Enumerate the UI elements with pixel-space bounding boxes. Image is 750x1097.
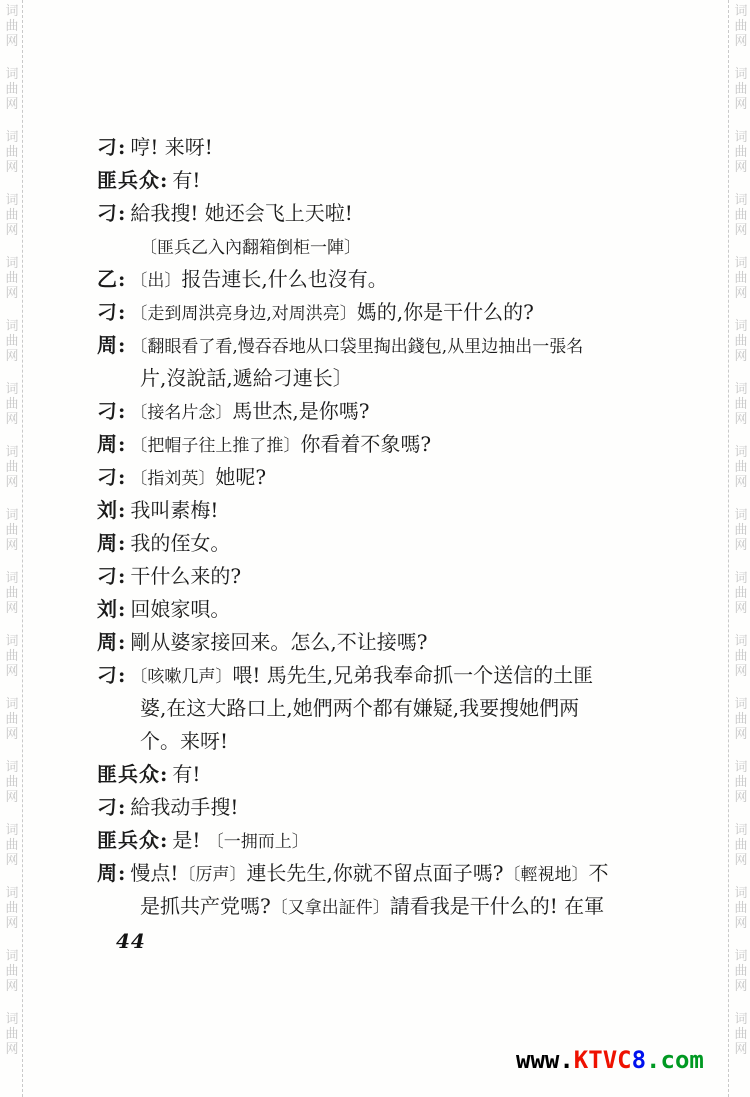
dialogue-text: 給我动手搜! xyxy=(130,795,238,819)
side-watermark-char: 词 xyxy=(733,256,749,271)
script-line: 刘:我叫素梅! xyxy=(97,494,645,527)
spoken-text: 她呢? xyxy=(215,465,266,489)
spoken-text: 有! xyxy=(172,762,200,786)
side-watermark-char: 网 xyxy=(4,475,20,490)
stage-direction: 〔翻眼看了看,慢吞吞地从口袋里掏出錢包,从里边抽出一張名 xyxy=(130,337,583,357)
side-watermark-char: 词 xyxy=(4,571,20,586)
side-watermark-char: 曲 xyxy=(4,649,20,664)
side-watermark-char: 曲 xyxy=(4,775,20,790)
spoken-text: 馬世杰,是你嗎? xyxy=(232,399,369,423)
spoken-text: 干什么来的? xyxy=(130,564,241,588)
side-watermark-char: 网 xyxy=(4,916,20,931)
side-watermark-char: 词 xyxy=(733,130,749,145)
side-watermark-char: 词 xyxy=(4,67,20,82)
speaker-label: 周: xyxy=(97,861,126,885)
side-watermark-char: 网 xyxy=(4,97,20,112)
spoken-text: 你看着不象嗎? xyxy=(300,432,431,456)
side-watermark-char: 网 xyxy=(733,664,749,679)
side-watermark-char: 曲 xyxy=(4,271,20,286)
dialogue-text: 是! 〔一拥而上〕 xyxy=(172,828,308,852)
script-line: 周:〔翻眼看了看,慢吞吞地从口袋里掏出錢包,从里边抽出一張名 xyxy=(97,329,645,362)
speaker-label: 周: xyxy=(97,531,126,555)
side-watermark-char: 曲 xyxy=(733,397,749,412)
side-watermark-group: 词曲网 xyxy=(4,4,20,49)
side-watermark-char: 网 xyxy=(733,790,749,805)
side-watermark-char: 词 xyxy=(4,1012,20,1027)
side-watermark-group: 词曲网 xyxy=(4,634,20,679)
side-watermark-char: 曲 xyxy=(733,208,749,223)
side-watermark-char: 词 xyxy=(4,319,20,334)
spoken-text: 給我搜! 她还会飞上天啦! xyxy=(130,201,352,225)
side-watermark-char: 网 xyxy=(733,349,749,364)
dialogue-text: 有! xyxy=(172,762,200,786)
stage-direction: 〔走到周洪亮身边,对周洪亮〕 xyxy=(130,304,356,324)
side-watermark-char: 曲 xyxy=(733,649,749,664)
side-watermark-char: 词 xyxy=(4,4,20,19)
side-watermark-group: 词曲网 xyxy=(4,508,20,553)
left-dashed-rule xyxy=(22,0,23,1097)
side-watermark-char: 曲 xyxy=(733,838,749,853)
side-watermark-group: 词曲网 xyxy=(733,949,749,994)
side-watermark-group: 词曲网 xyxy=(4,760,20,805)
side-watermark-char: 网 xyxy=(4,727,20,742)
speaker-label: 刁: xyxy=(97,564,126,588)
side-watermark-char: 网 xyxy=(733,1042,749,1057)
side-watermark-char: 曲 xyxy=(4,838,20,853)
stage-direction: 〔出〕 xyxy=(130,271,181,291)
speaker-label: 刘: xyxy=(97,597,126,621)
side-watermark-char: 网 xyxy=(4,160,20,175)
side-watermark-group: 词曲网 xyxy=(733,382,749,427)
spoken-text: 个。来呀! xyxy=(140,729,228,753)
side-watermark-char: 词 xyxy=(4,508,20,523)
side-watermark-char: 网 xyxy=(4,601,20,616)
side-watermark-group: 词曲网 xyxy=(733,571,749,616)
side-watermark-group: 词曲网 xyxy=(733,193,749,238)
script-line: 刁:〔接名片念〕馬世杰,是你嗎? xyxy=(97,395,645,428)
side-watermark-char: 曲 xyxy=(4,964,20,979)
side-watermark-char: 网 xyxy=(733,286,749,301)
side-watermark-char: 词 xyxy=(4,382,20,397)
dialogue-text: 剛从婆家接回来。怎么,不让接嗎? xyxy=(130,630,427,654)
dialogue-text: 片,沒說話,遞給刁連长〕 xyxy=(140,366,353,390)
side-watermark-char: 词 xyxy=(733,445,749,460)
script-line: 周:〔把帽子往上推了推〕你看着不象嗎? xyxy=(97,428,645,461)
dialogue-text: 〔把帽子往上推了推〕你看着不象嗎? xyxy=(130,432,431,456)
side-watermark-group: 词曲网 xyxy=(733,256,749,301)
speaker-label: 刁: xyxy=(97,663,126,687)
side-watermark-group: 词曲网 xyxy=(733,319,749,364)
speaker-label: 刁: xyxy=(97,201,126,225)
side-watermark-char: 词 xyxy=(733,697,749,712)
spoken-text: 剛从婆家接回来。怎么,不让接嗎? xyxy=(130,630,427,654)
side-watermark-char: 曲 xyxy=(733,460,749,475)
side-watermark-char: 网 xyxy=(4,538,20,553)
speaker-label: 刁: xyxy=(97,399,126,423)
spoken-text: 我的侄女。 xyxy=(130,531,230,555)
side-watermark-char: 曲 xyxy=(733,712,749,727)
dialogue-text: 是抓共产党嗎?〔又拿出証件〕請看我是干什么的! 在軍 xyxy=(140,894,604,918)
script-line-continuation: 是抓共产党嗎?〔又拿出証件〕請看我是干什么的! 在軍 xyxy=(97,890,645,923)
side-watermark-char: 曲 xyxy=(733,523,749,538)
side-watermark-char: 网 xyxy=(733,97,749,112)
side-watermark-char: 网 xyxy=(733,727,749,742)
script-line-continuation: 个。来呀! xyxy=(97,725,645,758)
side-watermark-char: 曲 xyxy=(733,19,749,34)
dialogue-text: 我叫素梅! xyxy=(130,498,218,522)
side-watermark-group: 词曲网 xyxy=(4,949,20,994)
script-line: 刁:給我动手搜! xyxy=(97,791,645,824)
dialogue-text: 干什么来的? xyxy=(130,564,241,588)
scanned-page: 词曲网词曲网词曲网词曲网词曲网词曲网词曲网词曲网词曲网词曲网词曲网词曲网词曲网词… xyxy=(0,0,750,1097)
stage-direction: 〔厉声〕 xyxy=(178,865,246,885)
spoken-text: 請看我是干什么的! 在軍 xyxy=(390,894,604,918)
side-watermark-char: 网 xyxy=(733,853,749,868)
speaker-label: 匪兵众: xyxy=(97,168,168,192)
speaker-label: 刁: xyxy=(97,795,126,819)
side-watermark-char: 词 xyxy=(4,193,20,208)
dialogue-text: 〔匪兵乙入內翻箱倒柜一陣〕 xyxy=(140,234,361,258)
side-watermark-char: 网 xyxy=(4,34,20,49)
script-line-continuation: 片,沒說話,遞給刁連长〕 xyxy=(97,362,645,395)
side-watermark-group: 词曲网 xyxy=(733,823,749,868)
side-watermark-char: 词 xyxy=(733,886,749,901)
script-line: 乙:〔出〕报告連长,什么也沒有。 xyxy=(97,263,645,296)
dialogue-text: 〔翻眼看了看,慢吞吞地从口袋里掏出錢包,从里边抽出一張名 xyxy=(130,333,583,357)
side-watermark-char: 曲 xyxy=(4,208,20,223)
dialogue-text: 〔咳嗽几声〕喂! 馬先生,兄弟我奉命抓一个送信的土匪 xyxy=(130,663,593,687)
script-line: 周:我的侄女。 xyxy=(97,527,645,560)
site-watermark: www.KTVC8.com xyxy=(516,1048,704,1072)
side-watermark-group: 词曲网 xyxy=(4,823,20,868)
side-watermark-group: 词曲网 xyxy=(733,508,749,553)
side-watermark-char: 词 xyxy=(733,382,749,397)
side-watermark-char: 网 xyxy=(4,979,20,994)
side-watermark-group: 词曲网 xyxy=(4,382,20,427)
stage-direction: 〔把帽子往上推了推〕 xyxy=(130,436,300,456)
side-watermark-group: 词曲网 xyxy=(4,886,20,931)
side-watermark-char: 词 xyxy=(733,193,749,208)
side-watermark-group: 词曲网 xyxy=(4,1012,20,1057)
side-watermark-group: 词曲网 xyxy=(4,445,20,490)
side-watermark-char: 网 xyxy=(733,475,749,490)
side-watermark-char: 词 xyxy=(4,445,20,460)
side-watermark-char: 网 xyxy=(4,664,20,679)
side-watermark-group: 词曲网 xyxy=(733,67,749,112)
right-dashed-rule xyxy=(728,0,729,1097)
side-watermark-char: 词 xyxy=(733,949,749,964)
speaker-label: 周: xyxy=(97,432,126,456)
side-watermark-char: 网 xyxy=(4,349,20,364)
spoken-text: 是! xyxy=(172,828,206,852)
side-watermark-char: 曲 xyxy=(733,334,749,349)
side-watermark-char: 词 xyxy=(733,760,749,775)
side-watermark-char: 曲 xyxy=(4,1027,20,1042)
spoken-text: 片,沒說話,遞給刁連长〕 xyxy=(140,366,353,390)
script-line-continuation: 〔匪兵乙入內翻箱倒柜一陣〕 xyxy=(97,230,645,263)
dialogue-text: 〔走到周洪亮身边,对周洪亮〕媽的,你是干什么的? xyxy=(130,300,534,324)
side-watermark-char: 曲 xyxy=(733,964,749,979)
side-watermark-char: 网 xyxy=(733,538,749,553)
side-watermark-group: 词曲网 xyxy=(733,697,749,742)
script-line: 刘:回娘家唄。 xyxy=(97,593,645,626)
side-watermark-char: 词 xyxy=(4,949,20,964)
dialogue-text: 慢点!〔厉声〕連长先生,你就不留点面子嗎?〔輕視地〕不 xyxy=(130,861,608,885)
side-watermark-char: 词 xyxy=(4,886,20,901)
script-line: 刁:干什么来的? xyxy=(97,560,645,593)
stage-direction: 〔咳嗽几声〕 xyxy=(130,667,232,687)
side-watermark-char: 网 xyxy=(4,286,20,301)
stage-direction: 〔又拿出証件〕 xyxy=(271,898,390,918)
side-watermark-char: 曲 xyxy=(4,901,20,916)
speaker-label: 匪兵众: xyxy=(97,762,168,786)
side-watermark-char: 曲 xyxy=(4,523,20,538)
side-watermark-char: 曲 xyxy=(733,775,749,790)
side-watermark-group: 词曲网 xyxy=(4,193,20,238)
stage-direction: 〔輕視地〕 xyxy=(504,865,589,885)
side-watermark-group: 词曲网 xyxy=(733,886,749,931)
side-watermark-char: 词 xyxy=(733,571,749,586)
script-line: 刁:哼! 来呀! xyxy=(97,131,645,164)
side-watermark-group: 词曲网 xyxy=(4,256,20,301)
spoken-text: 給我动手搜! xyxy=(130,795,238,819)
side-watermark-group: 词曲网 xyxy=(733,4,749,49)
spoken-text: 連长先生,你就不留点面子嗎? xyxy=(246,861,503,885)
dialogue-text: 〔接名片念〕馬世杰,是你嗎? xyxy=(130,399,369,423)
right-watermark-column: 词曲网词曲网词曲网词曲网词曲网词曲网词曲网词曲网词曲网词曲网词曲网词曲网词曲网词… xyxy=(733,4,749,1075)
side-watermark-char: 曲 xyxy=(733,145,749,160)
speaker-label: 刘: xyxy=(97,498,126,522)
spoken-text: 慢点! xyxy=(130,861,178,885)
side-watermark-char: 词 xyxy=(733,67,749,82)
spoken-text: 是抓共产党嗎? xyxy=(140,894,271,918)
script-line: 匪兵众:是! 〔一拥而上〕 xyxy=(97,824,645,857)
spoken-text: 婆,在这大路口上,她們两个都有嫌疑,我要搜她們两 xyxy=(140,696,579,720)
script-line: 刁:給我搜! 她还会飞上天啦! xyxy=(97,197,645,230)
script-line-continuation: 婆,在这大路口上,她們两个都有嫌疑,我要搜她們两 xyxy=(97,692,645,725)
dialogue-text: 我的侄女。 xyxy=(130,531,230,555)
site-watermark-segment: 8 xyxy=(632,1046,646,1074)
speaker-label: 周: xyxy=(97,333,126,357)
side-watermark-char: 词 xyxy=(733,508,749,523)
side-watermark-char: 网 xyxy=(733,916,749,931)
side-watermark-char: 曲 xyxy=(733,901,749,916)
dialogue-text: 給我搜! 她还会飞上天啦! xyxy=(130,201,352,225)
script-line: 刁:〔指刘英〕她呢? xyxy=(97,461,645,494)
side-watermark-group: 词曲网 xyxy=(733,130,749,175)
side-watermark-char: 词 xyxy=(733,823,749,838)
side-watermark-char: 网 xyxy=(4,853,20,868)
side-watermark-char: 词 xyxy=(4,697,20,712)
script-line: 周:慢点!〔厉声〕連长先生,你就不留点面子嗎?〔輕視地〕不 xyxy=(97,857,645,890)
site-watermark-segment: KTVC xyxy=(574,1046,632,1074)
dialogue-text: 〔出〕报告連长,什么也沒有。 xyxy=(130,267,387,291)
speaker-label: 周: xyxy=(97,630,126,654)
side-watermark-char: 曲 xyxy=(733,1027,749,1042)
site-watermark-segment: www. xyxy=(516,1046,574,1074)
speaker-label: 刁: xyxy=(97,300,126,324)
side-watermark-char: 词 xyxy=(733,1012,749,1027)
side-watermark-char: 曲 xyxy=(4,712,20,727)
side-watermark-group: 词曲网 xyxy=(4,697,20,742)
dialogue-text: 有! xyxy=(172,168,200,192)
side-watermark-char: 网 xyxy=(733,160,749,175)
dialogue-text: 回娘家唄。 xyxy=(130,597,230,621)
site-watermark-segment: .com xyxy=(646,1046,704,1074)
side-watermark-group: 词曲网 xyxy=(4,319,20,364)
side-watermark-group: 词曲网 xyxy=(733,1012,749,1057)
spoken-text: 媽的,你是干什么的? xyxy=(357,300,534,324)
side-watermark-char: 词 xyxy=(4,256,20,271)
side-watermark-char: 词 xyxy=(4,823,20,838)
side-watermark-group: 词曲网 xyxy=(4,130,20,175)
stage-direction: 〔接名片念〕 xyxy=(130,403,232,423)
spoken-text: 我叫素梅! xyxy=(130,498,218,522)
side-watermark-char: 词 xyxy=(733,319,749,334)
spoken-text: 喂! 馬先生,兄弟我奉命抓一个送信的土匪 xyxy=(232,663,593,687)
side-watermark-char: 曲 xyxy=(733,82,749,97)
spoken-text: 不 xyxy=(589,861,609,885)
dialogue-text: 哼! 来呀! xyxy=(130,135,212,159)
side-watermark-char: 曲 xyxy=(4,82,20,97)
side-watermark-char: 曲 xyxy=(4,397,20,412)
side-watermark-char: 曲 xyxy=(4,145,20,160)
spoken-text: 有! xyxy=(172,168,200,192)
side-watermark-char: 网 xyxy=(4,412,20,427)
side-watermark-char: 曲 xyxy=(4,334,20,349)
side-watermark-char: 网 xyxy=(4,223,20,238)
side-watermark-char: 网 xyxy=(733,601,749,616)
dialogue-text: 婆,在这大路口上,她們两个都有嫌疑,我要搜她們两 xyxy=(140,696,579,720)
script-line: 刁:〔走到周洪亮身边,对周洪亮〕媽的,你是干什么的? xyxy=(97,296,645,329)
side-watermark-char: 词 xyxy=(4,760,20,775)
side-watermark-char: 曲 xyxy=(733,586,749,601)
left-watermark-column: 词曲网词曲网词曲网词曲网词曲网词曲网词曲网词曲网词曲网词曲网词曲网词曲网词曲网词… xyxy=(4,4,20,1075)
side-watermark-char: 词 xyxy=(4,634,20,649)
side-watermark-group: 词曲网 xyxy=(733,760,749,805)
stage-direction: 〔一拥而上〕 xyxy=(207,832,309,852)
side-watermark-group: 词曲网 xyxy=(733,634,749,679)
side-watermark-char: 网 xyxy=(733,223,749,238)
script-line: 匪兵众:有! xyxy=(97,164,645,197)
side-watermark-char: 网 xyxy=(4,790,20,805)
side-watermark-char: 曲 xyxy=(4,460,20,475)
script-line: 匪兵众:有! xyxy=(97,758,645,791)
speaker-label: 匪兵众: xyxy=(97,828,168,852)
script-line: 周:剛从婆家接回来。怎么,不让接嗎? xyxy=(97,626,645,659)
dialogue-text: 个。来呀! xyxy=(140,729,228,753)
speaker-label: 刁: xyxy=(97,465,126,489)
spoken-text: 报告連长,什么也沒有。 xyxy=(181,267,387,291)
side-watermark-char: 词 xyxy=(733,634,749,649)
side-watermark-group: 词曲网 xyxy=(4,571,20,616)
side-watermark-group: 词曲网 xyxy=(4,67,20,112)
side-watermark-char: 曲 xyxy=(4,586,20,601)
stage-direction: 〔匪兵乙入內翻箱倒柜一陣〕 xyxy=(140,238,361,258)
script-content: 刁:哼! 来呀!匪兵众:有!刁:給我搜! 她还会飞上天啦!〔匪兵乙入內翻箱倒柜一… xyxy=(97,131,645,923)
spoken-text: 回娘家唄。 xyxy=(130,597,230,621)
side-watermark-char: 曲 xyxy=(4,19,20,34)
side-watermark-char: 词 xyxy=(4,130,20,145)
speaker-label: 刁: xyxy=(97,135,126,159)
side-watermark-char: 网 xyxy=(733,979,749,994)
side-watermark-char: 网 xyxy=(733,412,749,427)
page-number: 44 xyxy=(116,929,146,953)
side-watermark-group: 词曲网 xyxy=(733,445,749,490)
script-line: 刁:〔咳嗽几声〕喂! 馬先生,兄弟我奉命抓一个送信的土匪 xyxy=(97,659,645,692)
dialogue-text: 〔指刘英〕她呢? xyxy=(130,465,266,489)
spoken-text: 哼! 来呀! xyxy=(130,135,212,159)
side-watermark-char: 网 xyxy=(4,1042,20,1057)
side-watermark-char: 网 xyxy=(733,34,749,49)
speaker-label: 乙: xyxy=(97,267,126,291)
stage-direction: 〔指刘英〕 xyxy=(130,469,215,489)
side-watermark-char: 曲 xyxy=(733,271,749,286)
side-watermark-char: 词 xyxy=(733,4,749,19)
